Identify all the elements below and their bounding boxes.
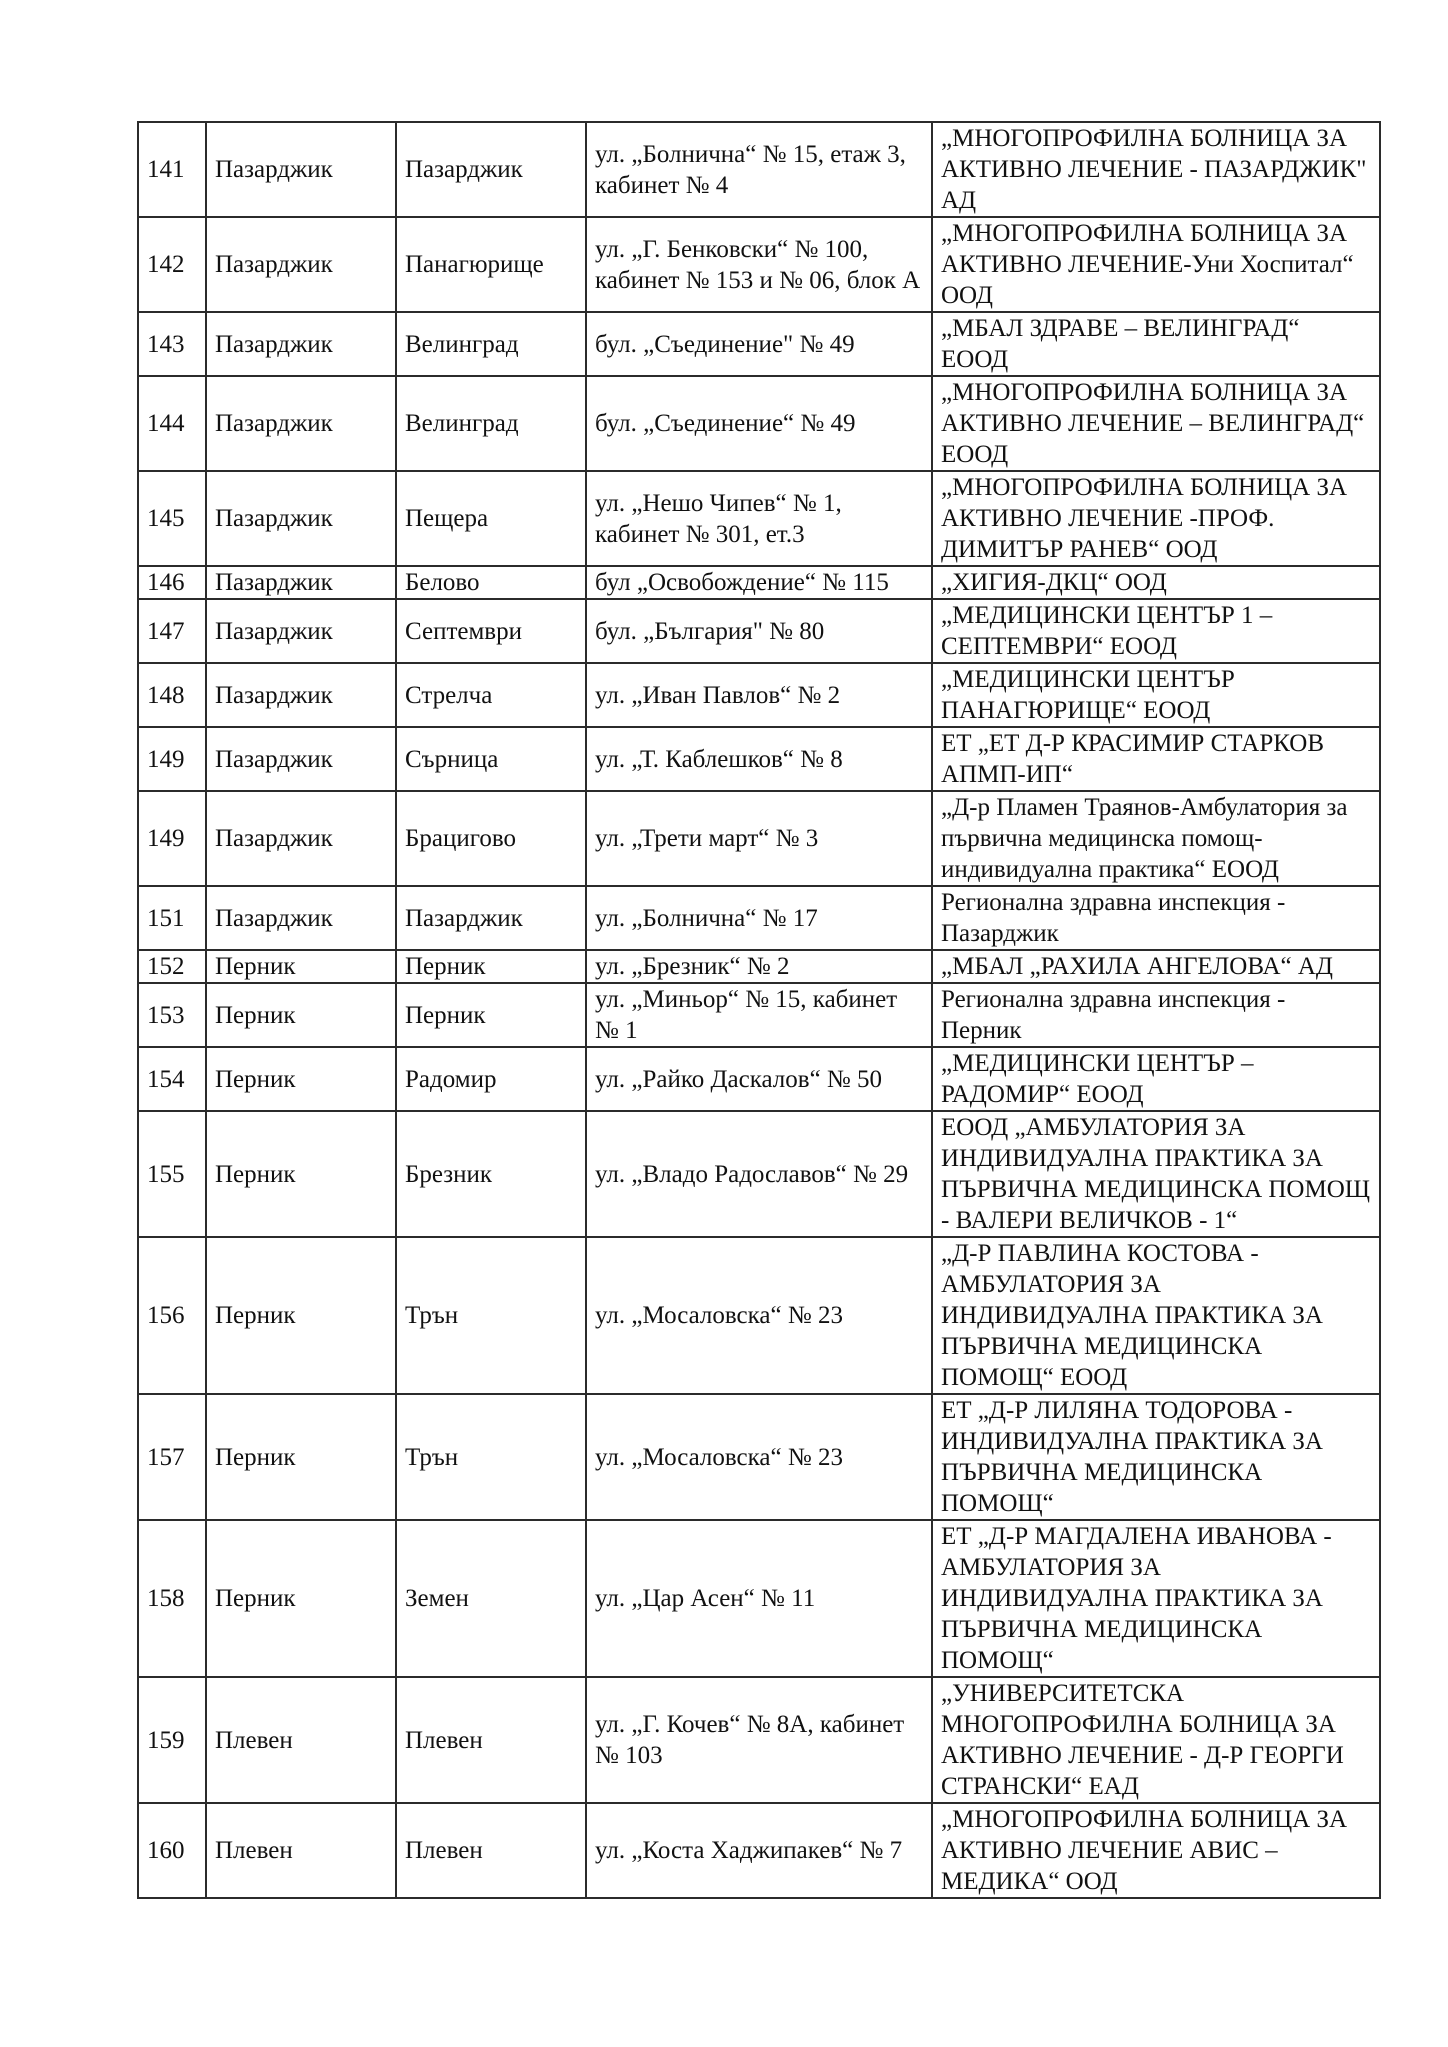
- city-cell: Перник: [396, 983, 586, 1047]
- row-number: 149: [138, 791, 206, 886]
- region-cell: Пазарджик: [206, 727, 396, 791]
- table-row: 144 Пазарджик Велинград бул. „Съединение…: [138, 376, 1380, 471]
- address-cell: ул. „Иван Павлов“ № 2: [586, 663, 932, 727]
- organization-cell: „МНОГОПРОФИЛНА БОЛНИЦА ЗА АКТИВНО ЛЕЧЕНИ…: [932, 471, 1380, 566]
- region-cell: Перник: [206, 1047, 396, 1111]
- organization-cell: „МЕДИЦИНСКИ ЦЕНТЪР ПАНАГЮРИЩЕ“ ЕООД: [932, 663, 1380, 727]
- row-number: 152: [138, 950, 206, 983]
- row-number: 143: [138, 312, 206, 376]
- organization-cell: „МЕДИЦИНСКИ ЦЕНТЪР 1 – СЕПТЕМВРИ“ ЕООД: [932, 599, 1380, 663]
- city-cell: Септември: [396, 599, 586, 663]
- row-number: 146: [138, 566, 206, 599]
- region-cell: Плевен: [206, 1803, 396, 1898]
- table-row: 142 Пазарджик Панагюрище ул. „Г. Бенковс…: [138, 217, 1380, 312]
- city-cell: Пазарджик: [396, 886, 586, 950]
- table-row: 152 Перник Перник ул. „Брезник“ № 2 „МБА…: [138, 950, 1380, 983]
- address-cell: ул. „Миньор“ № 15, кабинет № 1: [586, 983, 932, 1047]
- organization-cell: ЕТ „ЕТ Д-Р КРАСИМИР СТАРКОВ АПМП-ИП“: [932, 727, 1380, 791]
- organization-cell: Регионална здравна инспекция - Перник: [932, 983, 1380, 1047]
- table-row: 157 Перник Трън ул. „Мосаловска“ № 23 ЕТ…: [138, 1394, 1380, 1520]
- table-row: 148 Пазарджик Стрелча ул. „Иван Павлов“ …: [138, 663, 1380, 727]
- row-number: 160: [138, 1803, 206, 1898]
- row-number: 151: [138, 886, 206, 950]
- city-cell: Трън: [396, 1394, 586, 1520]
- table-row: 151 Пазарджик Пазарджик ул. „Болнична“ №…: [138, 886, 1380, 950]
- address-cell: ул. „Трети март“ № 3: [586, 791, 932, 886]
- address-cell: ул. „Болнична“ № 17: [586, 886, 932, 950]
- address-cell: ул. „Т. Каблешков“ № 8: [586, 727, 932, 791]
- address-cell: ул. „Райко Даскалов“ № 50: [586, 1047, 932, 1111]
- address-cell: бул. „България" № 80: [586, 599, 932, 663]
- organization-cell: „МНОГОПРОФИЛНА БОЛНИЦА ЗА АКТИВНО ЛЕЧЕНИ…: [932, 122, 1380, 217]
- row-number: 155: [138, 1111, 206, 1237]
- address-cell: бул. „Съединение" № 49: [586, 312, 932, 376]
- region-cell: Пазарджик: [206, 122, 396, 217]
- table-row: 155 Перник Брезник ул. „Владо Радославов…: [138, 1111, 1380, 1237]
- region-cell: Пазарджик: [206, 376, 396, 471]
- address-cell: ул. „Брезник“ № 2: [586, 950, 932, 983]
- row-number: 148: [138, 663, 206, 727]
- region-cell: Пазарджик: [206, 663, 396, 727]
- table-row: 146 Пазарджик Белово бул „Освобождение“ …: [138, 566, 1380, 599]
- city-cell: Земен: [396, 1520, 586, 1677]
- region-cell: Пазарджик: [206, 217, 396, 312]
- region-cell: Пазарджик: [206, 312, 396, 376]
- city-cell: Трън: [396, 1237, 586, 1394]
- address-cell: ул. „Цар Асен“ № 11: [586, 1520, 932, 1677]
- address-cell: ул. „Г. Бенковски“ № 100, кабинет № 153 …: [586, 217, 932, 312]
- city-cell: Белово: [396, 566, 586, 599]
- organization-cell: „Д-Р ПАВЛИНА КОСТОВА - АМБУЛАТОРИЯ ЗА ИН…: [932, 1237, 1380, 1394]
- city-cell: Панагюрище: [396, 217, 586, 312]
- address-cell: ул. „Болнична“ № 15, етаж 3, кабинет № 4: [586, 122, 932, 217]
- city-cell: Пазарджик: [396, 122, 586, 217]
- region-cell: Перник: [206, 1394, 396, 1520]
- row-number: 142: [138, 217, 206, 312]
- organization-cell: „Д-р Пламен Траянов-Амбулатория за първи…: [932, 791, 1380, 886]
- document-page: 141 Пазарджик Пазарджик ул. „Болнична“ №…: [0, 0, 1448, 2047]
- address-cell: бул. „Съединение“ № 49: [586, 376, 932, 471]
- city-cell: Брацигово: [396, 791, 586, 886]
- organization-cell: „МНОГОПРОФИЛНА БОЛНИЦА ЗА АКТИВНО ЛЕЧЕНИ…: [932, 376, 1380, 471]
- region-cell: Перник: [206, 1237, 396, 1394]
- organization-cell: „МЕДИЦИНСКИ ЦЕНТЪР – РАДОМИР“ ЕООД: [932, 1047, 1380, 1111]
- row-number: 157: [138, 1394, 206, 1520]
- region-cell: Пазарджик: [206, 566, 396, 599]
- region-cell: Пазарджик: [206, 599, 396, 663]
- city-cell: Сърница: [396, 727, 586, 791]
- organization-cell: „ХИГИЯ-ДКЦ“ ООД: [932, 566, 1380, 599]
- organization-cell: ЕТ „Д-Р ЛИЛЯНА ТОДОРОВА - ИНДИВИДУАЛНА П…: [932, 1394, 1380, 1520]
- address-cell: ул. „Г. Кочев“ № 8А, кабинет № 103: [586, 1677, 932, 1803]
- table-row: 159 Плевен Плевен ул. „Г. Кочев“ № 8А, к…: [138, 1677, 1380, 1803]
- city-cell: Пещера: [396, 471, 586, 566]
- table-row: 153 Перник Перник ул. „Миньор“ № 15, каб…: [138, 983, 1380, 1047]
- city-cell: Радомир: [396, 1047, 586, 1111]
- city-cell: Плевен: [396, 1803, 586, 1898]
- region-cell: Перник: [206, 1111, 396, 1237]
- organization-cell: „МНОГОПРОФИЛНА БОЛНИЦА ЗА АКТИВНО ЛЕЧЕНИ…: [932, 217, 1380, 312]
- row-number: 153: [138, 983, 206, 1047]
- table-row: 156 Перник Трън ул. „Мосаловска“ № 23 „Д…: [138, 1237, 1380, 1394]
- organization-cell: ЕТ „Д-Р МАГДАЛЕНА ИВАНОВА - АМБУЛАТОРИЯ …: [932, 1520, 1380, 1677]
- region-cell: Перник: [206, 950, 396, 983]
- row-number: 141: [138, 122, 206, 217]
- row-number: 147: [138, 599, 206, 663]
- city-cell: Брезник: [396, 1111, 586, 1237]
- table-row: 145 Пазарджик Пещера ул. „Нешо Чипев“ № …: [138, 471, 1380, 566]
- address-cell: бул „Освобождение“ № 115: [586, 566, 932, 599]
- table-row: 158 Перник Земен ул. „Цар Асен“ № 11 ЕТ …: [138, 1520, 1380, 1677]
- organization-cell: „УНИВЕРСИТЕТСКА МНОГОПРОФИЛНА БОЛНИЦА ЗА…: [932, 1677, 1380, 1803]
- city-cell: Перник: [396, 950, 586, 983]
- row-number: 144: [138, 376, 206, 471]
- row-number: 154: [138, 1047, 206, 1111]
- table-row: 160 Плевен Плевен ул. „Коста Хаджипакев“…: [138, 1803, 1380, 1898]
- region-cell: Пазарджик: [206, 471, 396, 566]
- region-cell: Плевен: [206, 1677, 396, 1803]
- table-row: 143 Пазарджик Велинград бул. „Съединение…: [138, 312, 1380, 376]
- region-cell: Перник: [206, 983, 396, 1047]
- region-cell: Пазарджик: [206, 791, 396, 886]
- address-cell: ул. „Владо Радославов“ № 29: [586, 1111, 932, 1237]
- region-cell: Перник: [206, 1520, 396, 1677]
- table-row: 147 Пазарджик Септември бул. „България" …: [138, 599, 1380, 663]
- city-cell: Велинград: [396, 312, 586, 376]
- table-row: 154 Перник Радомир ул. „Райко Даскалов“ …: [138, 1047, 1380, 1111]
- organization-cell: ЕООД „АМБУЛАТОРИЯ ЗА ИНДИВИДУАЛНА ПРАКТИ…: [932, 1111, 1380, 1237]
- row-number: 145: [138, 471, 206, 566]
- city-cell: Плевен: [396, 1677, 586, 1803]
- city-cell: Стрелча: [396, 663, 586, 727]
- table-body: 141 Пазарджик Пазарджик ул. „Болнична“ №…: [138, 122, 1380, 1898]
- organization-cell: Регионална здравна инспекция - Пазарджик: [932, 886, 1380, 950]
- organization-cell: „МНОГОПРОФИЛНА БОЛНИЦА ЗА АКТИВНО ЛЕЧЕНИ…: [932, 1803, 1380, 1898]
- row-number: 159: [138, 1677, 206, 1803]
- organization-cell: „МБАЛ „РАХИЛА АНГЕЛОВА“ АД: [932, 950, 1380, 983]
- facilities-table: 141 Пазарджик Пазарджик ул. „Болнична“ №…: [137, 121, 1381, 1899]
- address-cell: ул. „Коста Хаджипакев“ № 7: [586, 1803, 932, 1898]
- address-cell: ул. „Мосаловска“ № 23: [586, 1394, 932, 1520]
- region-cell: Пазарджик: [206, 886, 396, 950]
- table-row: 149 Пазарджик Брацигово ул. „Трети март“…: [138, 791, 1380, 886]
- city-cell: Велинград: [396, 376, 586, 471]
- row-number: 149: [138, 727, 206, 791]
- row-number: 158: [138, 1520, 206, 1677]
- table-row: 141 Пазарджик Пазарджик ул. „Болнична“ №…: [138, 122, 1380, 217]
- address-cell: ул. „Мосаловска“ № 23: [586, 1237, 932, 1394]
- table-row: 149 Пазарджик Сърница ул. „Т. Каблешков“…: [138, 727, 1380, 791]
- address-cell: ул. „Нешо Чипев“ № 1, кабинет № 301, ет.…: [586, 471, 932, 566]
- row-number: 156: [138, 1237, 206, 1394]
- organization-cell: „МБАЛ ЗДРАВЕ – ВЕЛИНГРАД“ ЕООД: [932, 312, 1380, 376]
